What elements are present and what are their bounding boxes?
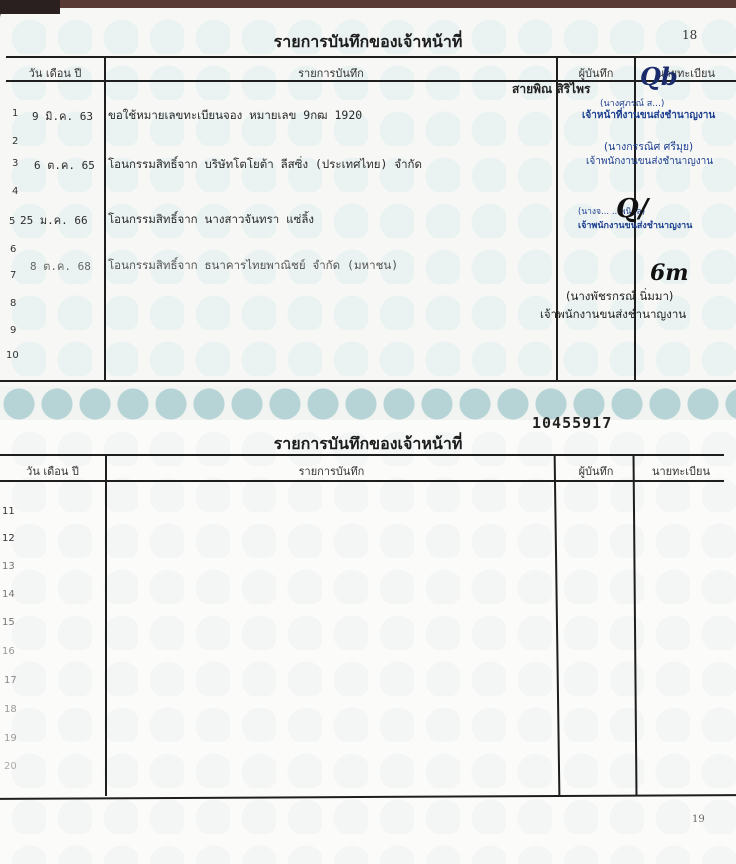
row-number: 13 — [2, 561, 16, 572]
row-number: 10 — [6, 350, 20, 361]
header-bottom-border — [0, 480, 724, 482]
entry-date: 8 ต.ค. 68 — [30, 257, 91, 275]
row-number: 3 — [12, 158, 26, 169]
bottom-page: 10455917 รายการบันทึกของเจ้าหน้าที่ วัน … — [0, 420, 736, 864]
row-number: 14 — [2, 589, 16, 600]
row-number: 2 — [12, 136, 26, 147]
row-number: 7 — [10, 270, 24, 281]
table-bottom-border — [0, 380, 736, 382]
row-number: 8 — [10, 298, 24, 309]
entry-date: 9 มิ.ค. 63 — [32, 107, 93, 125]
col-divider-date — [105, 454, 107, 796]
table-top-border — [0, 454, 724, 456]
header-date: วัน เดือน ปี — [0, 462, 105, 480]
row-number: 9 — [10, 325, 24, 336]
table-top-border — [6, 56, 736, 58]
registrar-stamp-title: เจ้าพนักงานขนส่งชำนาญงาน — [586, 154, 713, 169]
serial-number: 10455917 — [532, 414, 612, 432]
col-divider-date — [104, 56, 106, 381]
col-divider-record — [556, 56, 558, 381]
col-divider-record — [554, 454, 560, 796]
row-number: 18 — [4, 704, 18, 715]
entry-text: ขอใช้หมายเลขทะเบียนจอง หมายเลข 9กฒ 1920 — [108, 107, 362, 125]
entry-date: 25 ม.ค. 66 — [20, 211, 88, 229]
recorder-stamp-name: สายพิณ สิริไพร — [512, 80, 590, 99]
entry-text: โอนกรรมสิทธิ์จาก ธนาคารไทยพาณิชย์ จำกัด … — [108, 257, 398, 275]
header-record: รายการบันทึก — [106, 64, 556, 82]
row-number: 11 — [2, 506, 16, 517]
watermark-strip — [0, 386, 736, 422]
entry-text: โอนกรรมสิทธิ์จาก บริษัทโตโยต้า ลีสซิ่ง (… — [108, 156, 422, 174]
header-registrar: นายทะเบียน — [636, 462, 726, 480]
row-number: 4 — [12, 186, 26, 197]
signature-registrar-1: Qb — [640, 62, 678, 91]
stamp4-title: เจ้าพนักงานขนส่งชำนาญงาน — [540, 306, 686, 324]
header-recorder: ผู้บันทึก — [558, 462, 634, 480]
background-shadow — [0, 0, 60, 14]
top-page-number: 18 — [682, 28, 697, 42]
recorder-stamp-title: เจ้าหน้าที่งานขนส่งชำนาญงาน — [582, 108, 715, 123]
table-bottom-border — [0, 794, 736, 799]
row-number: 17 — [4, 675, 18, 686]
row-number: 1 — [12, 108, 26, 119]
row-number: 12 — [2, 533, 16, 544]
bottom-page-number: 19 — [692, 814, 705, 825]
row-number: 15 — [2, 617, 16, 628]
signature-registrar-2: Q/ — [616, 194, 648, 224]
stamp4-name: (นางพัชรกรณ์ นิ่มมา) — [566, 288, 673, 306]
col-divider-recorder — [633, 454, 637, 796]
top-page-title: รายการบันทึกของเจ้าหน้าที่ — [0, 30, 736, 55]
signature-registrar-3: 6m — [650, 260, 689, 286]
header-record: รายการบันทึก — [107, 462, 556, 480]
row-number: 6 — [10, 244, 24, 255]
row-number: 19 — [4, 733, 18, 744]
top-page: รายการบันทึกของเจ้าหน้าที่ 18 วัน เดือน … — [0, 8, 736, 420]
row-number: 16 — [2, 646, 16, 657]
header-date: วัน เดือน ปี — [6, 64, 104, 82]
entry-text: โอนกรรมสิทธิ์จาก นางสาวจันทรา แซ่ลิ้ง — [108, 211, 314, 229]
entry-date: 6 ต.ค. 65 — [34, 156, 95, 174]
registrar-stamp-name: (นางกรรณิศ ศรีมุย) — [604, 138, 693, 155]
row-number: 20 — [4, 761, 18, 772]
